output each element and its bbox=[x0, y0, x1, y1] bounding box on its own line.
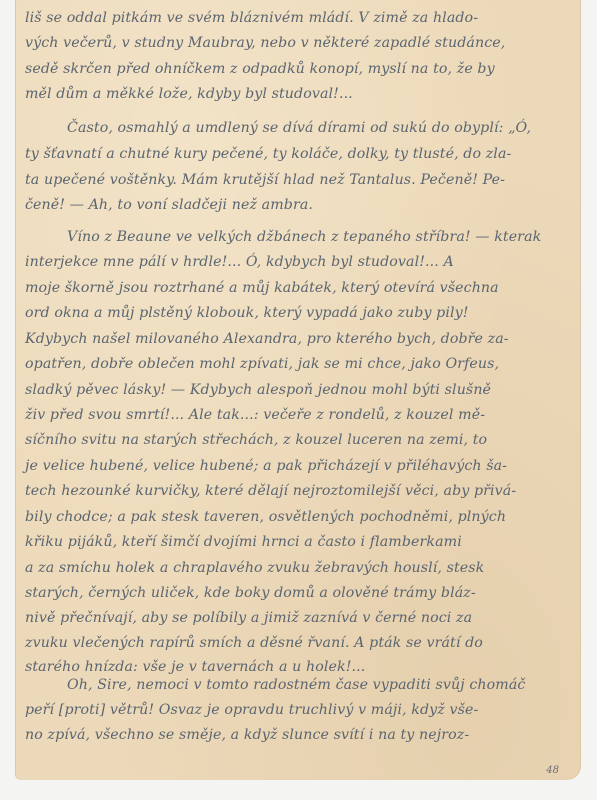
text-line: liš se oddal pitkám ve svém bláznivém ml… bbox=[25, 6, 478, 30]
text-line: křiku pijáků, kteří šimčí dvojími hrnci … bbox=[25, 530, 462, 554]
text-line: tech hezounké kurvičky, které dělají nej… bbox=[25, 479, 516, 503]
text-line: sedě skrčen před ohníčkem z odpadků kono… bbox=[25, 57, 495, 81]
text-line: ord okna a můj plstěný klobouk, který vy… bbox=[25, 301, 469, 325]
text-line: zvuku vlečených rapírů smích a děsné řva… bbox=[25, 631, 483, 655]
text-line: živ před svou smrtí!... Ale tak...: veče… bbox=[25, 403, 485, 427]
text-line: Často, osmahlý a umdlený se dívá dírami … bbox=[25, 116, 531, 140]
text-line: a za smíchu holek a chraplavého zvuku že… bbox=[25, 556, 484, 580]
manuscript-page: liš se oddal pitkám ve svém bláznivém ml… bbox=[15, 0, 581, 780]
text-line: nivě přečnívají, aby se políbily a jimiž… bbox=[25, 606, 472, 630]
text-line: síčního svitu na starých střechách, z ko… bbox=[25, 428, 487, 452]
text-line: čeně! — Ah, to voní sladčeji než ambra. bbox=[25, 193, 313, 217]
text-line: ty šťavnatí a chutné kury pečené, ty kol… bbox=[25, 142, 511, 166]
text-line: opatřen, dobře oblečen mohl zpívati, jak… bbox=[25, 352, 499, 376]
text-line: ta upečené voštěnky. Mám krutější hlad n… bbox=[25, 168, 505, 192]
text-line: peří [proti] větrů! Osvaz je opravdu tru… bbox=[25, 698, 478, 722]
page-number: 48 bbox=[546, 765, 559, 776]
text-line: měl dům a měkké lože, kdyby byl studoval… bbox=[25, 82, 353, 106]
text-line: interjekce mne pálí v hrdle!... Ó, kdyby… bbox=[25, 250, 454, 274]
text-line: Víno z Beaune ve velkých džbánech z tepa… bbox=[25, 225, 541, 249]
text-line: je velice hubené, velice hubené; a pak p… bbox=[25, 454, 507, 478]
text-line: sladký pěvec lásky! — Kdybych alespoň je… bbox=[25, 378, 491, 402]
text-line: starých, černých uliček, kde boky domů a… bbox=[25, 581, 476, 605]
text-line: vých večerů, v studny Maubray, nebo v ně… bbox=[25, 31, 505, 55]
text-line: moje škorně jsou roztrhané a můj kabátek… bbox=[25, 276, 499, 300]
text-line: bily chodce; a pak stesk taveren, osvětl… bbox=[25, 505, 506, 529]
text-line: no zpívá, všechno se směje, a když slunc… bbox=[25, 723, 469, 747]
text-line: Kdybych našel milovaného Alexandra, pro … bbox=[25, 327, 509, 351]
text-line: Oh, Sire, nemoci v tomto radostném čase … bbox=[25, 673, 525, 697]
